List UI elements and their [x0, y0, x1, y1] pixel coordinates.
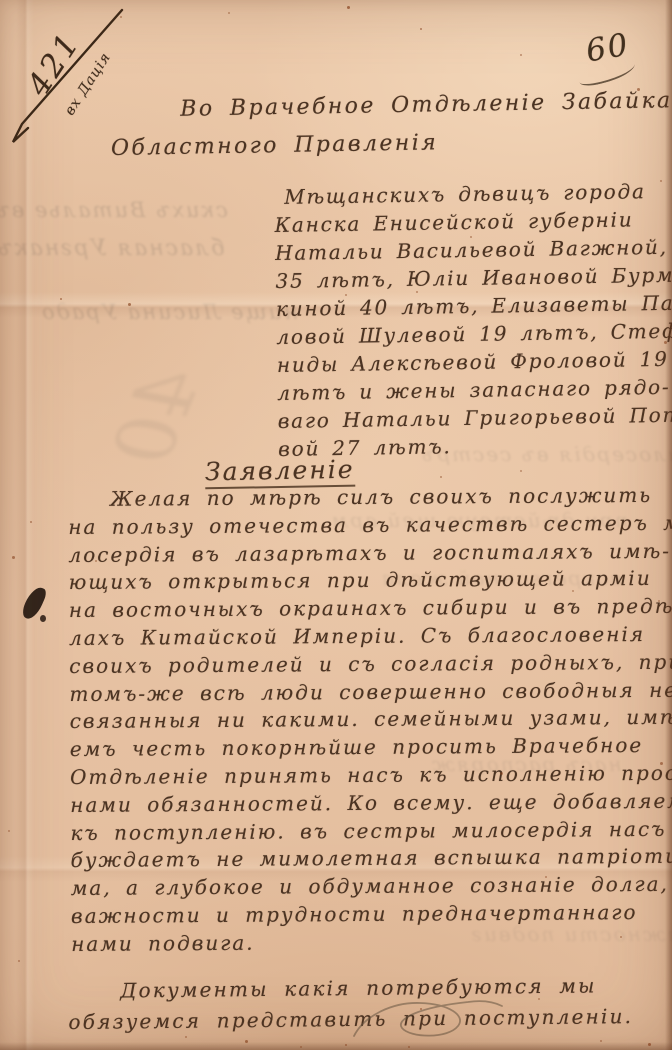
- foxing-spot: [500, 772, 503, 775]
- foxing-spot: [228, 12, 230, 14]
- manuscript-line: своихъ родителей и съ согласія родныхъ, …: [69, 649, 672, 681]
- manuscript-line: Желая по мѣрѣ силъ своихъ послужить: [110, 482, 672, 514]
- ink-blot: [40, 615, 46, 622]
- foxing-spot: [300, 1046, 302, 1048]
- manuscript-page: скихъ Виталье въ бласная Ургнакъ нище Ли…: [0, 0, 672, 1050]
- addressee-block: Во Врачебное Отдѣленіе ЗабайкальскагоОбл…: [110, 82, 671, 168]
- foxing-spot: [612, 246, 614, 248]
- manuscript-line: Отдѣленіе принять насъ къ исполненію про…: [70, 760, 672, 792]
- foxing-spot: [128, 303, 131, 306]
- manuscript-line: важности и трудности предначертаннаго: [71, 899, 672, 931]
- foxing-spot: [345, 294, 347, 296]
- manuscript-line: томъ-же всѣ люди совершенно свободныя не: [69, 676, 672, 708]
- foxing-spot: [95, 560, 97, 562]
- foxing-spot: [664, 341, 667, 344]
- manuscript-line: лосердія въ лазарѣтахъ и госпиталяхъ имѣ…: [68, 537, 672, 569]
- foxing-spot: [420, 28, 422, 30]
- page-edge: [665, 0, 672, 1050]
- foxing-spot: [120, 16, 122, 18]
- manuscript-line: на восточныхъ окраинахъ сибири и въ пред…: [69, 593, 672, 625]
- manuscript-line: нами подвига.: [71, 927, 672, 959]
- foxing-spot: [538, 998, 540, 1000]
- signature-flourish: [348, 994, 508, 1046]
- foxing-spot: [185, 1036, 187, 1038]
- document-title: Заявленіе: [205, 455, 355, 487]
- foxing-spot: [345, 1044, 347, 1046]
- foxing-spot: [648, 1043, 651, 1046]
- foxing-spot: [660, 180, 662, 182]
- foxing-spot: [408, 1046, 410, 1048]
- foxing-spot: [18, 960, 20, 962]
- foxing-spot: [600, 1040, 602, 1042]
- foxing-spot: [658, 600, 660, 602]
- foxing-spot: [420, 1008, 422, 1010]
- foxing-spot: [470, 236, 472, 238]
- manuscript-line: ющихъ открыться при дѣйствующей арміи: [69, 565, 672, 597]
- foxing-spot: [30, 521, 32, 523]
- foxing-spot: [520, 54, 522, 56]
- foxing-spot: [520, 470, 522, 472]
- manuscript-line: лахъ Китайской Имперіи. Съ благословенія: [69, 621, 672, 653]
- bleedthrough-numeral: 40: [97, 354, 218, 480]
- foxing-spot: [347, 6, 350, 9]
- foxing-spot: [416, 291, 418, 293]
- manuscript-line: ма, а глубокое и обдуманное сознаніе дол…: [71, 871, 672, 903]
- foxing-spot: [440, 476, 442, 478]
- foxing-spot: [60, 298, 62, 300]
- page-edge: [0, 1042, 672, 1050]
- foxing-spot: [545, 876, 547, 878]
- foxing-spot: [12, 556, 15, 559]
- bleedthrough-line: скихъ Виталье въ: [0, 198, 228, 222]
- foxing-spot: [245, 1040, 248, 1043]
- manuscript-line: къ поступленію. въ сестры милосердія нас…: [70, 815, 672, 847]
- body-paragraph-1: Желая по мѣрѣ силъ своихъ послужитьна по…: [68, 482, 672, 959]
- foxing-spot: [660, 762, 663, 765]
- foxing-spot: [580, 1021, 582, 1023]
- manuscript-line: связанныя ни какими. семейными узами, им…: [70, 704, 672, 736]
- foxing-spot: [488, 1016, 490, 1018]
- manuscript-line: нами обязанностей. Ко всему. еще добавля…: [70, 788, 672, 820]
- foxing-spot: [620, 936, 622, 938]
- manuscript-line: на пользу отечества въ качествѣ сестеръ …: [68, 510, 672, 542]
- petitioners-block: Мѣщанскихъ дѣвицъ городаКанска Енисейско…: [274, 177, 672, 463]
- manuscript-line: буждаетъ не мимолетная вспышка патріотиз…: [71, 843, 672, 875]
- foxing-spot: [572, 590, 574, 592]
- foxing-spot: [8, 830, 10, 832]
- manuscript-line: емъ честь покорнѣйше просить Врачебное: [70, 732, 672, 764]
- foxing-spot: [637, 88, 640, 91]
